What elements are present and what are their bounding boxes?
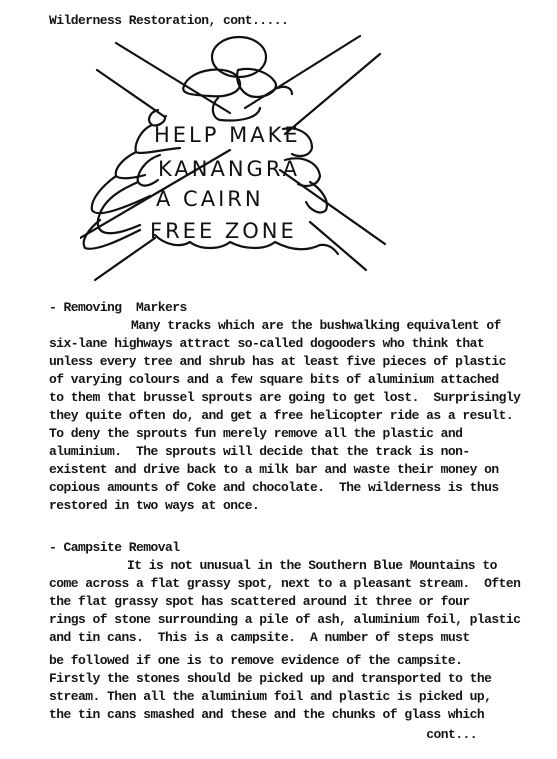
section-heading-removing-markers: - Removing Markers <box>49 299 187 317</box>
body-line: of varying colours and a few square bits… <box>49 371 499 389</box>
body-line: copious amounts of Coke and chocolate. T… <box>49 479 499 497</box>
page-header: Wilderness Restoration, cont..... <box>49 12 288 30</box>
body-line: come across a flat grassy spot, next to … <box>49 575 520 593</box>
body-line: the flat grassy spot has scattered aroun… <box>49 593 470 611</box>
body-line: they quite often do, and get a free heli… <box>49 407 513 425</box>
crossed-out-cairn-icon: HELP MAKE KANANGRA A CAIRN FREE ZONE <box>80 30 400 290</box>
body-line: unless every tree and shrub has at least… <box>49 353 506 371</box>
body-line: It is not unusual in the Southern Blue M… <box>127 557 497 575</box>
section-heading-campsite-removal: - Campsite Removal <box>49 539 180 557</box>
body-line: restored in two ways at once. <box>49 497 259 515</box>
body-line: Many tracks which are the bushwalking eq… <box>131 317 501 335</box>
sign-line-3: A CAIRN <box>156 187 264 211</box>
body-line: aluminium. The sprouts will decide that … <box>49 443 470 461</box>
body-line: six-lane highways attract so-called dogo… <box>49 335 484 353</box>
body-line: existent and drive back to a milk bar an… <box>49 461 499 479</box>
body-line: and tin cans. This is a campsite. A numb… <box>49 629 470 647</box>
cairn-illustration: HELP MAKE KANANGRA A CAIRN FREE ZONE <box>80 30 400 290</box>
body-line: stream. Then all the aluminium foil and … <box>49 688 491 706</box>
document-page: Wilderness Restoration, cont..... <box>0 0 557 759</box>
body-line: be followed if one is to remove evidence… <box>49 652 462 670</box>
body-line: the tin cans smashed and these and the c… <box>49 706 484 724</box>
continued-footer: cont... <box>426 726 477 744</box>
sign-line-1: HELP MAKE <box>154 123 301 147</box>
body-line: To deny the sprouts fun merely remove al… <box>49 425 462 443</box>
body-line: to them that brussel sprouts are going t… <box>49 389 520 407</box>
sign-line-2: KANANGRA <box>158 157 300 181</box>
body-line: rings of stone surrounding a pile of ash… <box>49 611 520 629</box>
sign-line-4: FREE ZONE <box>150 219 297 243</box>
body-line: Firstly the stones should be picked up a… <box>49 670 491 688</box>
